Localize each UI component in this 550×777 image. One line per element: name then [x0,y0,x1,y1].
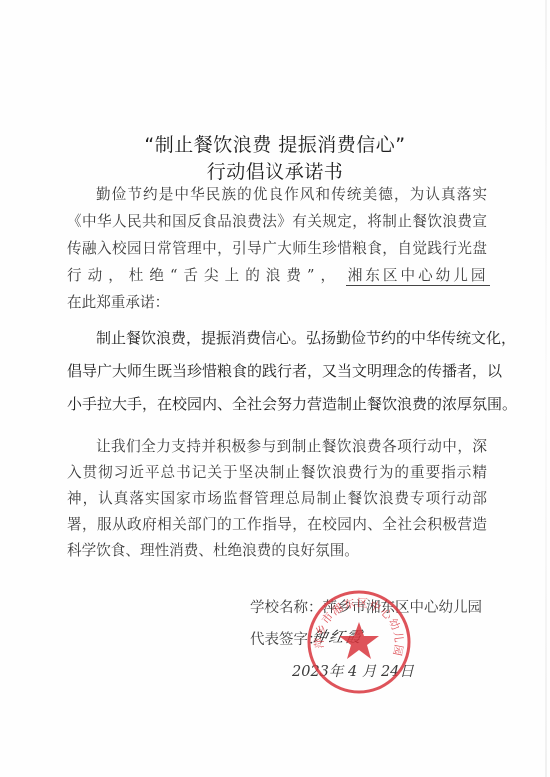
text-line: 《中华人民共和国反食品浪费法》有关规定，将制止餐饮浪费宣 [67,210,487,231]
text-line: 勤俭节约是中华民族的优良作风和传统美德，为认真落实 [96,183,487,204]
text-line: 行动，杜绝“舌尖上的浪费”， 湘东区中心幼儿园 [67,264,487,286]
school-name-label: 学校名称： [250,600,323,616]
school-name-value: 萍乡市湘东区中心幼儿园 [323,600,483,616]
school-name-row: 学校名称：萍乡市湘东区中心幼儿园 [250,596,482,617]
text-segment: 行动，杜绝“舌尖上的浪费”， [67,267,341,284]
text-line: 在此郑重承诺： [67,291,487,312]
text-line: 传融入校园日常管理中，引导广大师生珍惜粮食，自觉践行光盘 [67,237,487,258]
text-line: 倡导广大师生既当珍惜粮食的践行者，又当文明理念的传播者，以 [67,360,487,381]
school-name-underlined: 湘东区中心幼儿园 [346,264,491,286]
text-line: 署，服从政府相关部门的工作指导，在校园内、全社会积极营造 [67,513,487,534]
text-line: 神，认真落实国家市场监督管理总局制止餐饮浪费专项行动部 [67,487,487,508]
signature-date: 2023年 4 月 24日 [292,660,414,681]
text-line: 让我们全力支持并积极参与到制止餐饮浪费各项行动中，深 [96,435,487,456]
text-line: 制止餐饮浪费，提振消费信心。弘扬勤俭节约的中华传统文化， [96,327,487,348]
text-line: 小手拉大手，在校园内、全社会努力营造制止餐饮浪费的浓厚氛围。 [67,393,487,414]
handwritten-signature: 钟红霞 [310,626,365,647]
document-subtitle: 行动倡议承诺书 [0,157,550,184]
text-line: 入贯彻习近平总书记关于坚决制止餐饮浪费行为的重要指示精 [67,461,487,482]
document-title: “制止餐饮浪费 提振消费信心” [0,130,550,157]
document-page: “制止餐饮浪费 提振消费信心” 行动倡议承诺书 勤俭节约是中华民族的优良作风和传… [0,0,550,777]
scan-edge [545,0,547,777]
text-line: 科学饮食、理性消费、杜绝浪费的良好氛围。 [67,539,487,560]
